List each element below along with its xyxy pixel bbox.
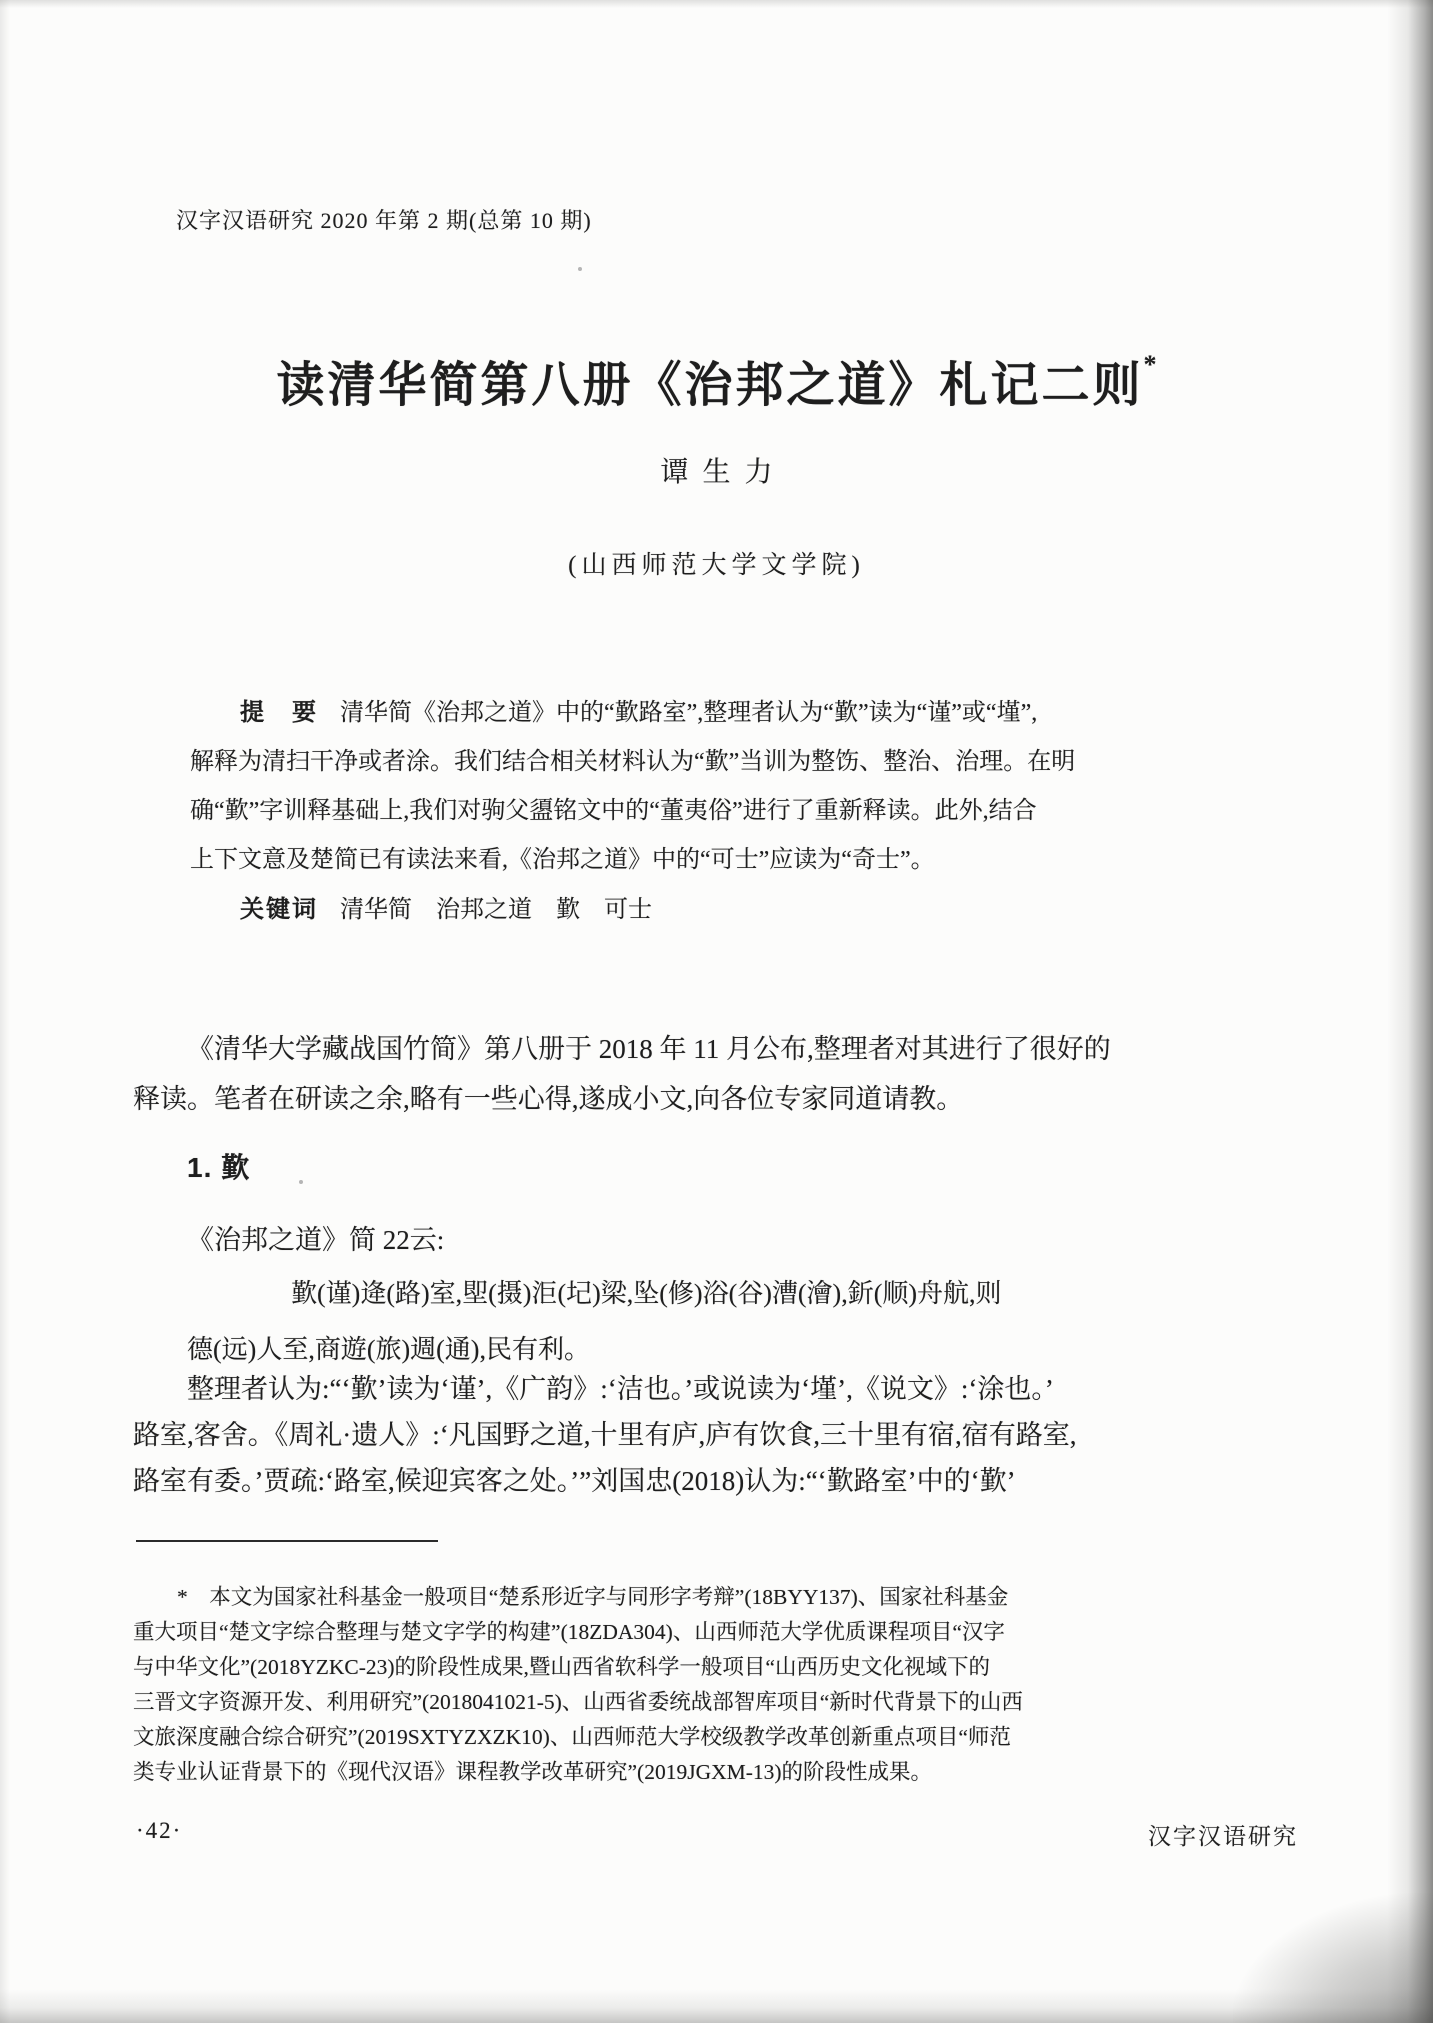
abstract-line-4: 上下文意及楚简已有读法来看,《治邦之道》中的“可士”应读为“奇士”。 <box>190 836 1195 885</box>
scanned-page: 汉字汉语研究 2020 年第 2 期(总第 10 期) 读清华简第八册《治邦之道… <box>0 0 1433 2023</box>
article-title: 读清华简第八册《治邦之道》札记二则* <box>0 346 1433 415</box>
footnote-line: 三晋文字资源开发、利用研究”(2018041021-5)、山西省委统战部智库项目… <box>133 1685 1305 1720</box>
abstract-line-1-text: 清华简《治邦之道》中的“歏路室”,整理者认为“歏”读为“谨”或“墐”, <box>340 700 1037 726</box>
scan-speck <box>578 267 582 271</box>
abstract-line-3: 确“歏”字训释基础上,我们对驹父盨铭文中的“董夷俗”进行了重新释读。此外,结合 <box>190 787 1195 836</box>
footnote-line: 类专业认证背景下的《现代汉语》课程教学改革研究”(2019JGXM-13)的阶段… <box>133 1755 1305 1790</box>
section-1-heading: 1. 歏 <box>187 1146 250 1186</box>
author-name: 谭生力 <box>0 450 1433 490</box>
abstract-line-2: 解释为清扫干净或者涂。我们结合相关材料认为“歏”当训为整饬、整治、治理。在明 <box>190 738 1195 787</box>
bamboo-slip-quote: 歏(谨)逄(路)室,堲(摄)洰(圮)梁,坠(修)浴(谷)漕(澮),釿(顺)舟航,… <box>187 1266 1307 1378</box>
quote-line-1: 歏(谨)逄(路)室,堲(摄)洰(圮)梁,坠(修)浴(谷)漕(澮),釿(顺)舟航,… <box>187 1266 1307 1322</box>
journal-footer: 汉字汉语研究 <box>1148 1818 1298 1851</box>
paragraph-line: 路室有委。’贾疏:‘路室,候迎宾客之处。’”刘国忠(2018)认为:“‘歏路室’… <box>133 1458 1303 1504</box>
paragraph-line: 整理者认为:“‘歏’读为‘谨’,《广韵》:‘洁也。’或说读为‘墐’,《说文》:‘… <box>133 1366 1303 1412</box>
article-title-text: 读清华简第八册《治邦之道》札记二则 <box>276 359 1143 412</box>
scan-speck <box>299 1180 303 1184</box>
scan-edge-shadow-top <box>0 0 1433 8</box>
footnote-line: 与中华文化”(2018YZKC-23)的阶段性成果,暨山西省软科学一般项目“山西… <box>133 1650 1305 1685</box>
paragraph-line: 路室,客舍。《周礼·遗人》:‘凡国野之道,十里有庐,庐有饮食,三十里有宿,宿有路… <box>133 1412 1303 1458</box>
keywords-label: 关键词 <box>240 896 318 923</box>
footnote-block: * 本文为国家社科基金一般项目“楚系形近字与同形字考辩”(18BYY137)、国… <box>133 1580 1305 1790</box>
keywords-line: 关键词清华简 治邦之道 歏 可士 <box>190 885 1195 935</box>
page-number: ·42· <box>136 1818 182 1844</box>
abstract-section: 提 要清华简《治邦之道》中的“歏路室”,整理者认为“歏”读为“谨”或“墐”, 解… <box>190 688 1195 935</box>
scan-edge-shadow-bottom <box>0 1989 1433 2023</box>
abstract-label: 提 要 <box>240 699 318 726</box>
keywords-list: 清华简 治邦之道 歏 可士 <box>340 897 652 923</box>
footnote-line: 重大项目“楚文字综合整理与楚文字学的构建”(18ZDA304)、山西师范大学优质… <box>133 1615 1305 1650</box>
scan-corner-shadow <box>1233 1893 1433 2023</box>
title-footnote-marker: * <box>1144 350 1157 379</box>
author-affiliation: (山西师范大学文学院) <box>0 545 1433 581</box>
body-paragraph-2: 整理者认为:“‘歏’读为‘谨’,《广韵》:‘洁也。’或说读为‘墐’,《说文》:‘… <box>133 1366 1303 1504</box>
scan-edge-shadow-left <box>0 0 10 2023</box>
footnote-divider <box>136 1540 438 1542</box>
footnote-line: 文旅深度融合综合研究”(2019SXTYZXZK10)、山西师范大学校级教学改革… <box>133 1720 1305 1755</box>
abstract-line-1: 提 要清华简《治邦之道》中的“歏路室”,整理者认为“歏”读为“谨”或“墐”, <box>190 688 1195 738</box>
quote-intro-line: 《治邦之道》简 22云: <box>187 1218 444 1257</box>
paragraph-line: 《清华大学藏战国竹简》第八册于 2018 年 11 月公布,整理者对其进行了很好… <box>133 1024 1303 1074</box>
paragraph-line: 释读。笔者在研读之余,略有一些心得,遂成小文,向各位专家同道请教。 <box>133 1074 1303 1124</box>
footnote-line: * 本文为国家社科基金一般项目“楚系形近字与同形字考辩”(18BYY137)、国… <box>133 1580 1305 1615</box>
journal-header: 汉字汉语研究 2020 年第 2 期(总第 10 期) <box>176 204 592 235</box>
body-paragraph-1: 《清华大学藏战国竹简》第八册于 2018 年 11 月公布,整理者对其进行了很好… <box>133 1024 1303 1124</box>
scan-edge-shadow-right <box>1387 0 1433 2023</box>
